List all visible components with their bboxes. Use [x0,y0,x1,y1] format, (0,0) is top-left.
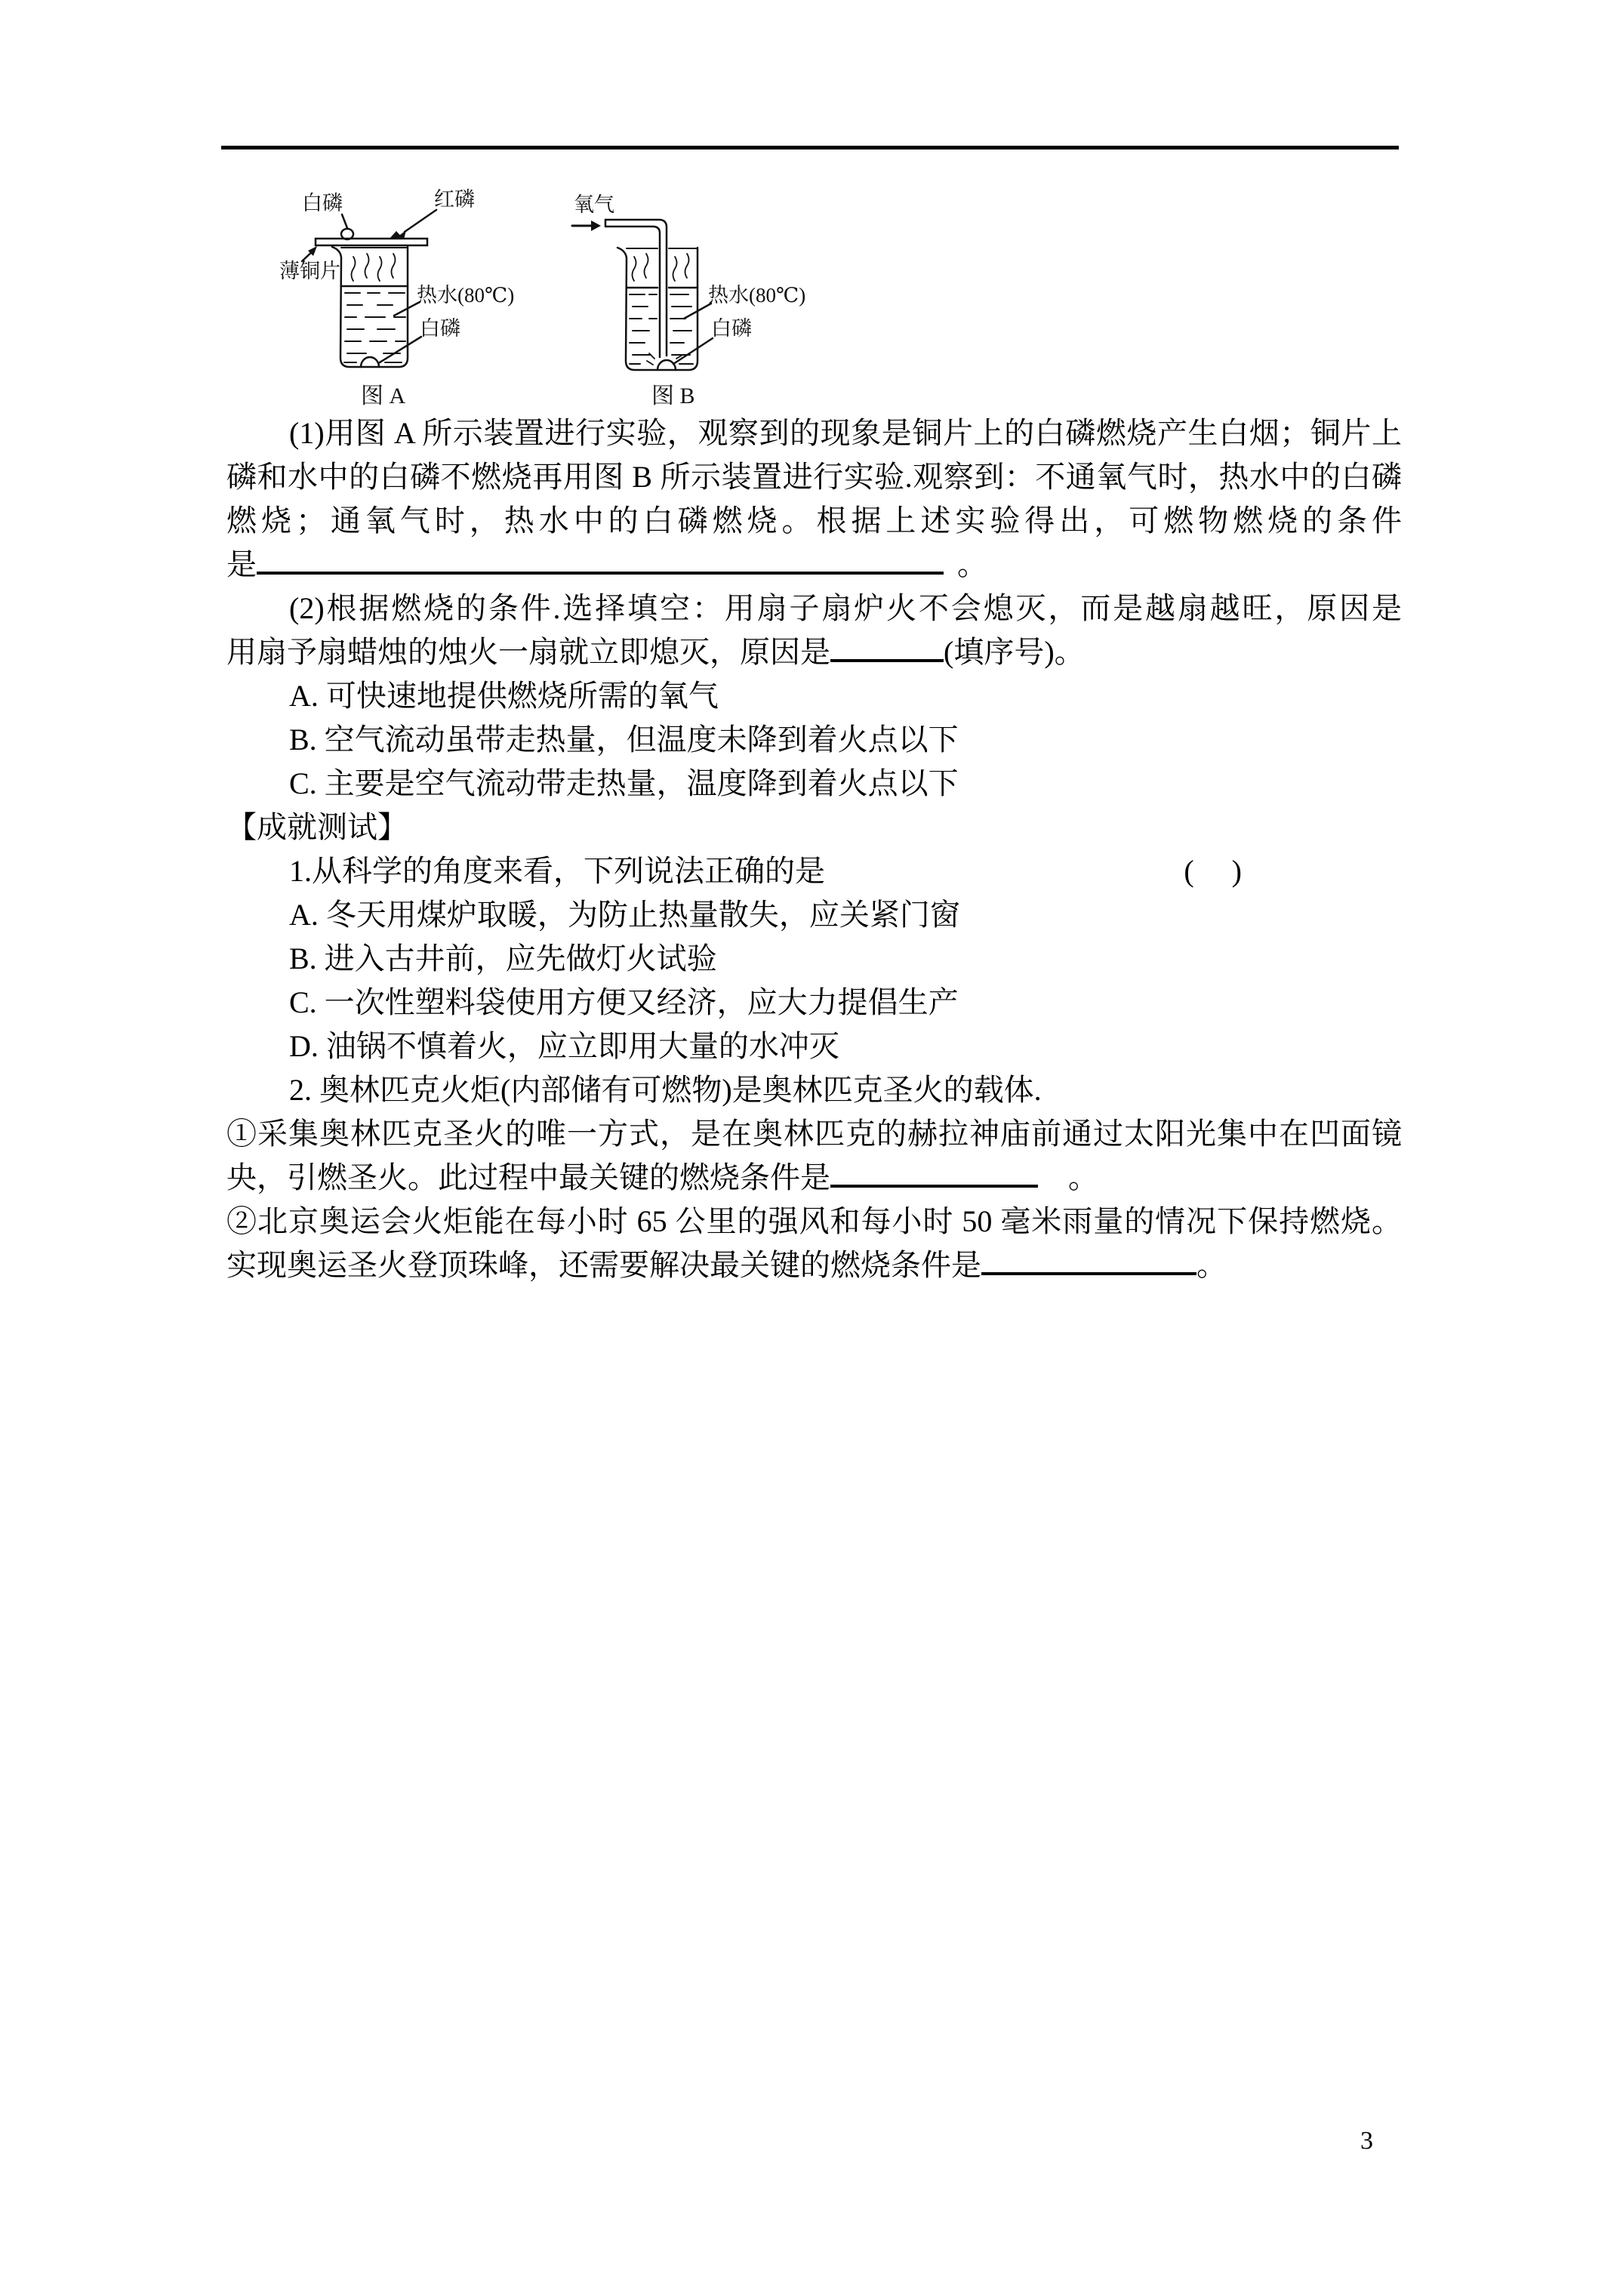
answer-bracket: ( ) [1184,849,1242,893]
figure-b-diagram [572,220,713,370]
question-1-option-b: B. 进入古井前，应先做灯火试验 [226,937,1402,981]
fig-a-caption: 图 A [361,384,406,408]
worksheet-page: 白磷 红磷 薄铜片 热水(80℃) 白磷 图 A 氧气 热水(80℃) 白磷 图… [0,0,1623,2296]
header-rule [221,146,1399,149]
question-punct: 。 [1068,1160,1098,1194]
paragraph-1-line-2: 磷和水中的白磷不燃烧再用图 B 所示装置进行实验.观察到：不通氧气时，热水中的白… [226,455,1402,499]
question-1-option-a: A. 冬天用煤炉取暖，为防止热量散失，应关紧门窗 [226,893,1402,937]
question-2-sub-2-line-2: 实现奥运圣火登顶珠峰，还需要解决最关键的燃烧条件是。 [226,1244,1402,1287]
question-1-option-c: C. 一次性塑料袋使用方便又经济，应大力提倡生产 [226,981,1402,1025]
copper-sheet [316,239,427,245]
section-heading-achievement-test: 【成就测试】 [226,806,1402,849]
answer-blank-fan-candle [830,636,944,662]
experiment-figures: 白磷 红磷 薄铜片 热水(80℃) 白磷 图 A 氧气 热水(80℃) 白磷 图… [272,172,876,414]
test-question-1: 1.从科学的角度来看，下列说法正确的是( ) [226,849,1402,893]
water-dashes-b [630,294,693,364]
question-text: (2)根据燃烧的条件.选择填空：用扇子扇炉火不会熄灭，而是越扇越旺，原因是 [289,591,1402,625]
question-2-sub-1-line-2: 央，引燃圣火。此过程中最关键的燃烧条件是。 [226,1156,1402,1200]
question-text: 央，引燃圣火。此过程中最关键的燃烧条件是 [226,1160,830,1194]
answer-blank-everest-flame [981,1250,1196,1275]
worksheet-text: (1)用图 A 所示装置进行实验，观察到的现象是铜片上的白磷燃烧产生白烟；铜片上… [226,411,1402,1287]
answer-blank-olympic-flame [830,1162,1038,1188]
option-a-fill: A. 可快速地提供燃烧所需的氧气 [226,674,1402,718]
fig-b-white-phosphorus-label: 白磷 [711,317,752,340]
question-2-sub-1-line-1: ①采集奥林匹克圣火的唯一方式，是在奥林匹克的赫拉神庙前通过太阳光集中在凹面镜的中 [226,1112,1402,1156]
paragraph-2-line-1: (2)根据燃烧的条件.选择填空：用扇子扇炉火不会熄灭，而是越扇越旺，原因是 ； [226,587,1402,630]
beaker-b [617,248,698,370]
question-2-sub-2-line-1: ②北京奥运会火炬能在每小时 65 公里的强风和每小时 50 毫米雨量的情况下保持… [226,1200,1402,1244]
fig-a-white-phosphorus-bottom-label: 白磷 [420,317,460,340]
fig-b-hot-water-label: 热水(80℃) [708,284,805,307]
fig-b-caption: 图 B [651,384,695,408]
fig-b-oxygen-label: 氧气 [574,193,614,216]
white-phosphorus-underwater-b [658,360,676,370]
fig-a-red-phosphorus-label: 红磷 [434,188,475,211]
paragraph-1-line-3: 燃烧；通氧气时，热水中的白磷燃烧。根据上述实验得出，可燃物燃烧的条件 [226,499,1402,543]
arrowhead-oxygen [591,220,601,231]
fig-a-copper-sheet-label: 薄铜片 [279,260,340,282]
question-suffix: (填序号)。 [944,635,1085,669]
question-text: 实现奥运圣火登顶珠峰，还需要解决最关键的燃烧条件是 [226,1248,981,1282]
question-1-option-d: D. 油锅不慎着火，应立即用大量的水冲灭 [226,1025,1402,1068]
option-b-fill: B. 空气流动虽带走热量，但温度未降到着火点以下 [226,718,1402,762]
option-c-fill: C. 主要是空气流动带走热量，温度降到着火点以下 [226,762,1402,806]
question-text: 用扇予扇蜡烛的烛火一扇就立即熄灭，原因是 [226,635,830,669]
paragraph-2-line-2: 用扇予扇蜡烛的烛火一扇就立即熄灭，原因是(填序号)。 [226,630,1402,674]
question-punct: 。 [1196,1248,1227,1282]
page-number: 3 [1360,2126,1373,2156]
beaker-a [332,247,408,367]
answer-prefix: 是 [226,547,257,581]
white-phosphorus-underwater-a [361,357,379,367]
fig-a-hot-water-label: 热水(80℃) [417,284,514,307]
answer-suffix: 。 [957,547,987,581]
paragraph-1-line-4: 是。 [226,543,1402,587]
answer-blank-combustion-conditions [257,549,944,575]
fig-a-white-phosphorus-top-label: 白磷 [302,192,343,214]
paragraph-1-line-1: (1)用图 A 所示装置进行实验，观察到的现象是铜片上的白磷燃烧产生白烟；铜片上… [226,411,1402,455]
test-question-2-stem: 2. 奥林匹克火炬(内部储有可燃物)是奥林匹克圣火的载体. [226,1068,1402,1112]
question-1-stem: 1.从科学的角度来看，下列说法正确的是 [289,849,825,893]
